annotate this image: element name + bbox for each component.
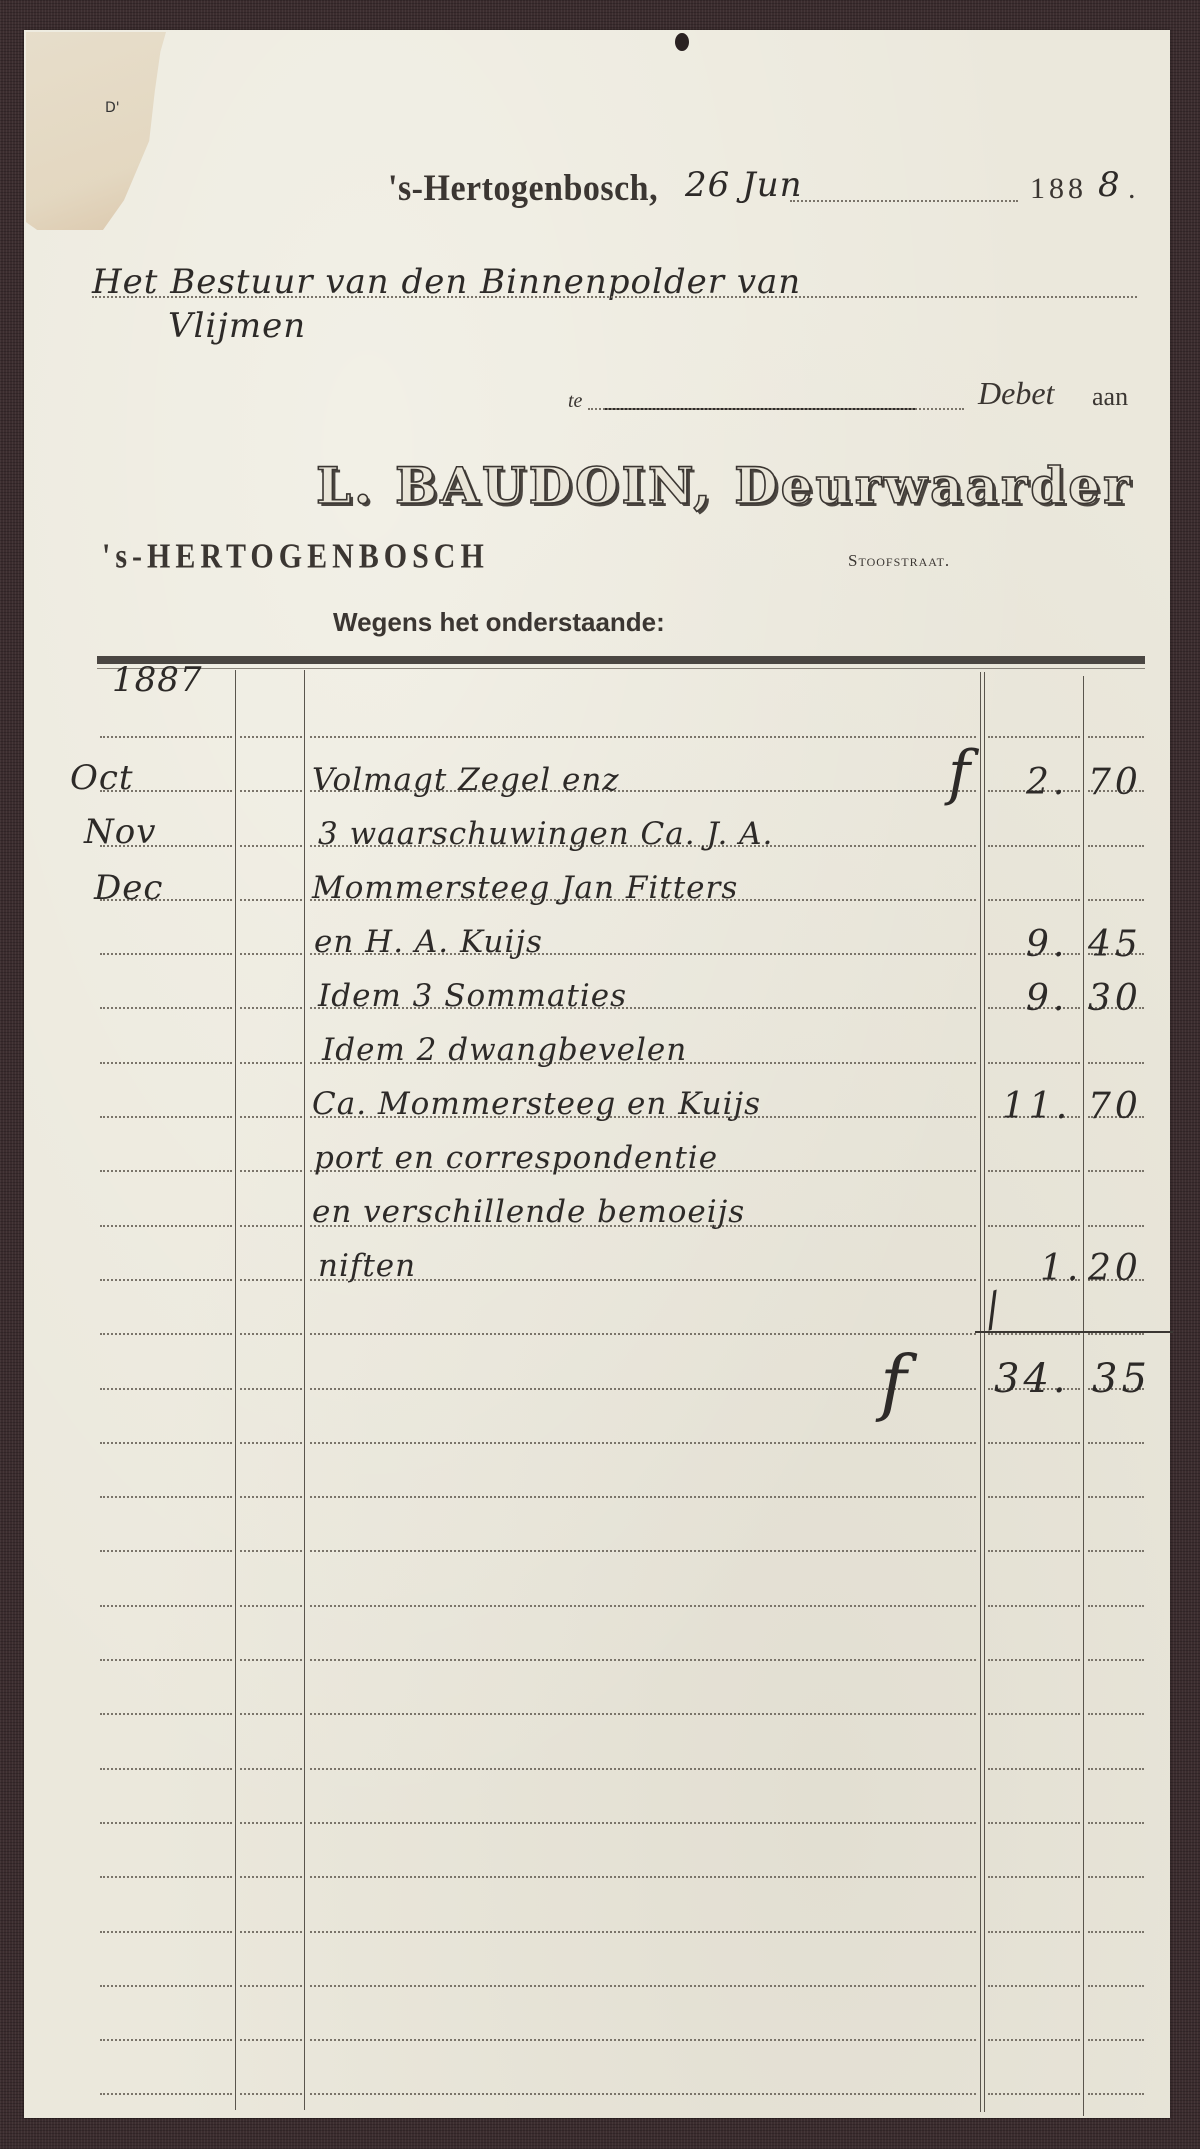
ruled-dotted-line: [310, 1442, 976, 1444]
aan-label: aan: [1092, 382, 1128, 412]
ruled-dotted-line: [240, 1768, 302, 1770]
ruled-dotted-line: [240, 1279, 302, 1281]
amount-cents: 70: [1088, 762, 1142, 803]
ruled-dotted-line: [988, 899, 1080, 901]
ruled-dotted-line: [1088, 1659, 1144, 1661]
ruled-dotted-line: [100, 1605, 232, 1607]
ruled-dotted-line: [100, 1007, 232, 1009]
ruled-dotted-line: [100, 1768, 232, 1770]
amount-cents: 70: [1088, 1086, 1142, 1127]
ruled-dotted-line: [100, 736, 232, 738]
printed-year-prefix: 188: [1030, 172, 1087, 206]
ruled-dotted-line: [240, 790, 302, 792]
ruled-dotted-line: [240, 1116, 302, 1118]
ruled-dotted-line: [240, 1062, 302, 1064]
ruled-dotted-line: [240, 1713, 302, 1715]
amount-cents: 45: [1088, 924, 1142, 965]
ruled-dotted-line: [988, 1442, 1080, 1444]
ruled-dotted-line: [1088, 1605, 1144, 1607]
ruled-dotted-line: [988, 1225, 1080, 1227]
description-line: Mommersteeg Jan Fitters: [312, 870, 738, 906]
ruled-dotted-line: [240, 1007, 302, 1009]
ruled-dotted-line: [310, 1605, 976, 1607]
florin-symbol: f: [948, 738, 971, 808]
ruled-dotted-line: [1088, 845, 1144, 847]
ruled-dotted-line: [988, 1985, 1080, 1987]
ruled-dotted-line: [988, 1496, 1080, 1498]
ruled-dotted-line: [988, 1931, 1080, 1933]
ruled-dotted-line: [1088, 1333, 1144, 1335]
ruled-dotted-line: [240, 1333, 302, 1335]
ruled-dotted-line: [310, 2093, 976, 2095]
table-header-thin-rule: [97, 668, 1145, 669]
ruled-dotted-line: [310, 736, 976, 738]
ruled-dotted-line: [1088, 1550, 1144, 1552]
ruled-dotted-line: [100, 1225, 232, 1227]
ruled-dotted-line: [1088, 1768, 1144, 1770]
ruled-dotted-line: [1088, 2039, 1144, 2041]
ruled-dotted-line: [1088, 736, 1144, 738]
ruled-dotted-line: [240, 1931, 302, 1933]
ruled-dotted-line: [988, 1605, 1080, 1607]
description-line: Idem 2 dwangbevelen: [322, 1032, 687, 1068]
ruled-dotted-line: [1088, 1496, 1144, 1498]
ruled-dotted-line: [988, 1550, 1080, 1552]
description-line: Ca. Mommersteeg en Kuijs: [312, 1086, 761, 1122]
addressee-line-2: Vlijmen: [168, 306, 306, 346]
ruled-dotted-line: [310, 1931, 976, 1933]
ruled-dotted-line: [100, 1713, 232, 1715]
ruled-dotted-line: [240, 1985, 302, 1987]
ruled-dotted-line: [988, 2093, 1080, 2095]
handwritten-date: 26 Jun: [685, 165, 803, 205]
description-line: en H. A. Kuijs: [314, 924, 543, 960]
ruled-dotted-line: [240, 736, 302, 738]
ruled-dotted-line: [1088, 1985, 1144, 1987]
corner-stamp: D': [105, 100, 120, 116]
description-line: port en correspondentie: [314, 1140, 718, 1176]
total-guilders: 34.: [994, 1356, 1070, 1402]
amount-cents: 20: [1088, 1248, 1142, 1289]
ruled-dotted-line: [310, 1496, 976, 1498]
ruled-dotted-line: [240, 1225, 302, 1227]
ruled-dotted-line: [310, 1822, 976, 1824]
ruled-dotted-line: [100, 1388, 232, 1390]
ruled-dotted-line: [1088, 1822, 1144, 1824]
description-line: en verschillende bemoeijs: [312, 1194, 745, 1230]
ruled-dotted-line: [240, 1170, 302, 1172]
ruled-dotted-line: [988, 2039, 1080, 2041]
ruled-dotted-line: [100, 1496, 232, 1498]
ruled-dotted-line: [100, 1985, 232, 1987]
te-dotted-line: [588, 408, 964, 410]
ruled-dotted-line: [1088, 899, 1144, 901]
ruled-dotted-line: [100, 1442, 232, 1444]
intro-text: Wegens het onderstaande:: [333, 607, 665, 638]
ruled-dotted-line: [310, 1985, 976, 1987]
ruled-dotted-line: [310, 1659, 976, 1661]
ruled-dotted-line: [240, 953, 302, 955]
ruled-dotted-line: [240, 1659, 302, 1661]
date-period: .: [1128, 172, 1140, 206]
ruled-dotted-line: [988, 845, 1080, 847]
ruled-dotted-line: [240, 845, 302, 847]
ruled-dotted-line: [100, 1931, 232, 1933]
ruled-dotted-line: [240, 1605, 302, 1607]
ruled-dotted-line: [240, 1442, 302, 1444]
ruled-dotted-line: [240, 899, 302, 901]
ruled-dotted-line: [100, 1822, 232, 1824]
ruled-dotted-line: [310, 1768, 976, 1770]
ruled-dotted-line: [240, 2039, 302, 2041]
ruled-dotted-line: [988, 736, 1080, 738]
ledger-year: 1887: [112, 660, 203, 700]
ruled-dotted-line: [100, 2039, 232, 2041]
month-dec: Dec: [94, 868, 163, 908]
ruled-dotted-line: [310, 1550, 976, 1552]
punch-hole: [675, 33, 689, 51]
ruled-dotted-line: [240, 1550, 302, 1552]
ruled-dotted-line: [240, 2093, 302, 2095]
ruled-dotted-line: [310, 2039, 976, 2041]
ruled-dotted-line: [1088, 1225, 1144, 1227]
ruled-dotted-line: [1088, 1931, 1144, 1933]
ruled-dotted-line: [988, 1170, 1080, 1172]
month-oct: Oct: [70, 758, 134, 798]
ruled-dotted-line: [310, 1388, 976, 1390]
ruled-dotted-line: [988, 1659, 1080, 1661]
addressee-dotted-line: [92, 296, 1137, 298]
ruled-dotted-line: [988, 1713, 1080, 1715]
debet-label: Debet: [978, 375, 1054, 412]
ruled-dotted-line: [1088, 1876, 1144, 1878]
ruled-dotted-line: [100, 1333, 232, 1335]
ruled-dotted-line: [310, 1713, 976, 1715]
ruled-dotted-line: [310, 1876, 976, 1878]
description-line: niften: [318, 1248, 416, 1284]
column-rule-date: [235, 670, 236, 2110]
printed-city: 's-Hertogenbosch,: [388, 168, 658, 210]
column-rule-amount-left-b: [984, 672, 985, 2112]
ruled-dotted-line: [100, 1170, 232, 1172]
ruled-dotted-line: [100, 1659, 232, 1661]
ruled-dotted-line: [100, 953, 232, 955]
ruled-dotted-line: [1088, 1442, 1144, 1444]
total-florin-symbol: f: [880, 1340, 908, 1424]
ruled-dotted-line: [240, 1876, 302, 1878]
letterhead-city: 's-HERTOGENBOSCH: [102, 537, 489, 576]
column-rule-cents: [1083, 676, 1084, 2116]
ruled-dotted-line: [988, 1822, 1080, 1824]
ruled-dotted-line: [240, 1388, 302, 1390]
month-nov: Nov: [84, 812, 156, 852]
description-line: 3 waarschuwingen Ca. J. A.: [318, 816, 773, 852]
ruled-dotted-line: [100, 2093, 232, 2095]
ruled-dotted-line: [240, 1822, 302, 1824]
ruled-dotted-line: [1088, 1713, 1144, 1715]
ruled-dotted-line: [988, 1876, 1080, 1878]
te-label: te: [568, 390, 582, 413]
column-rule-ref: [304, 670, 305, 2110]
amount-guilders: 1.: [1040, 1248, 1082, 1289]
amount-guilders: 2.: [1026, 762, 1068, 803]
ruled-dotted-line: [1088, 2093, 1144, 2095]
total-cents: 35: [1092, 1356, 1151, 1402]
ruled-dotted-line: [100, 1279, 232, 1281]
amount-guilders: 9.: [1026, 978, 1068, 1019]
ruled-dotted-line: [100, 1062, 232, 1064]
column-rule-amount-left-a: [980, 672, 981, 2112]
ruled-dotted-line: [240, 1496, 302, 1498]
description-line: Volmagt Zegel enz: [312, 762, 620, 798]
ruled-dotted-line: [1088, 1062, 1144, 1064]
ruled-dotted-line: [100, 1876, 232, 1878]
amount-cents: 30: [1088, 978, 1142, 1019]
amount-guilders: 11.: [1002, 1086, 1071, 1127]
ruled-dotted-line: [1088, 1170, 1144, 1172]
ruled-dotted-line: [988, 1062, 1080, 1064]
ruled-dotted-line: [100, 1116, 232, 1118]
table-header-thick-rule: [97, 656, 1145, 664]
description-line: Idem 3 Sommaties: [318, 978, 627, 1014]
firm-name: L. BAUDOIN, Deurwaarder: [316, 456, 1132, 515]
ruled-dotted-line: [310, 1333, 976, 1335]
handwritten-year-suffix: 8: [1098, 165, 1121, 205]
ruled-dotted-line: [100, 1550, 232, 1552]
date-dotted-line: [790, 200, 1018, 202]
letterhead-street: Stoofstraat.: [848, 551, 950, 571]
amount-guilders: 9.: [1026, 924, 1068, 965]
ruled-dotted-line: [988, 1768, 1080, 1770]
